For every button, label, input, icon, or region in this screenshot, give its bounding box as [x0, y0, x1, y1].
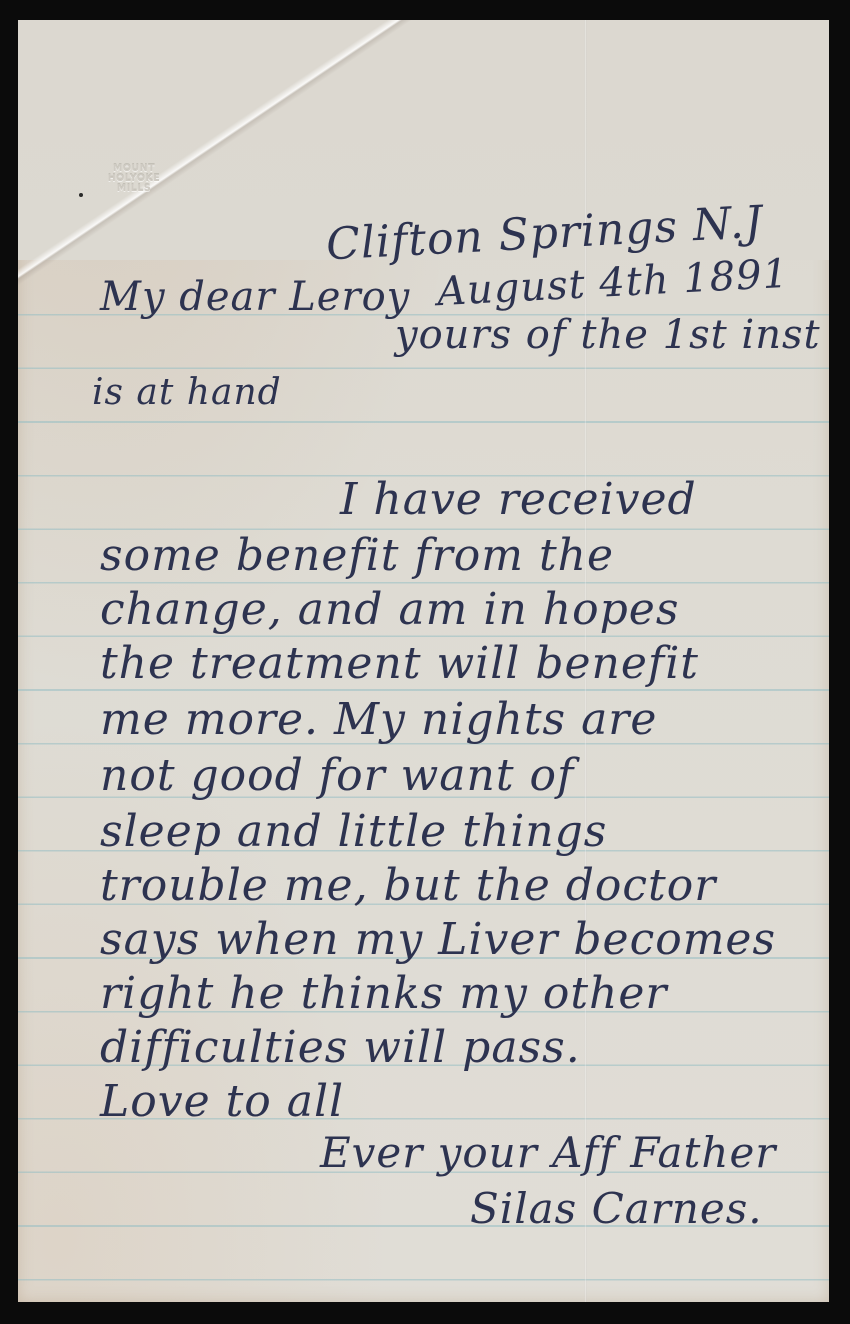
stamp-line: MILLS — [74, 184, 194, 194]
body-line: I have received — [340, 474, 697, 525]
body-line: change, and am in hopes — [100, 584, 679, 635]
body-line: difficulties will pass. — [100, 1022, 581, 1073]
body-line: the treatment will benefit — [100, 638, 699, 689]
body-line: sleep and little things — [100, 806, 607, 857]
letter-reference-line: yours of the 1st inst — [395, 312, 821, 358]
body-line: not good for want of — [100, 750, 574, 801]
body-line: says when my Liver becomes — [100, 914, 776, 965]
embossed-stamp: MOUNT HOLYOKE MILLS — [74, 164, 194, 194]
letter-reference-line: is at hand — [92, 372, 282, 413]
body-line: right he thinks my other — [100, 968, 667, 1019]
letter-closing: Ever your Aff Father — [320, 1128, 776, 1177]
letter-signature: Silas Carnes. — [470, 1184, 763, 1233]
body-line: me more. My nights are — [100, 694, 657, 745]
body-line: Love to all — [100, 1076, 344, 1127]
body-line: some benefit from the — [100, 530, 614, 581]
body-line: trouble me, but the doctor — [100, 860, 716, 911]
letter-greeting: My dear Leroy — [100, 274, 410, 320]
